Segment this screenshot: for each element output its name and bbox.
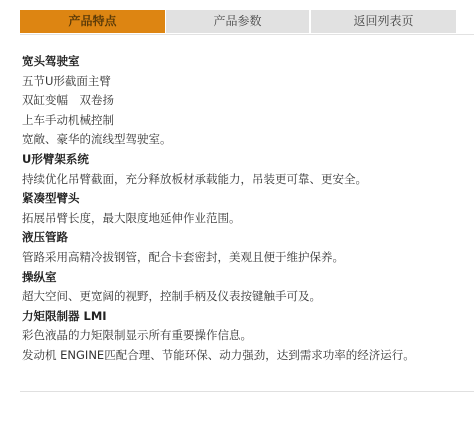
feature-text: 超大空间、更宽阔的视野，控制手柄及仪表按键触手可及。 [22,287,474,307]
feature-list: 宽头驾驶室 五节U形截面主臂 双缸变幅 双卷扬 上车手动机械控制 宽敞、豪华的流… [22,52,474,366]
section-heading: 宽头驾驶室 [22,52,474,72]
section-heading: U形臂架系统 [22,150,474,170]
feature-text: 彩色液晶的力矩限制显示所有重要操作信息。 [22,326,474,346]
feature-text: 宽敞、豪华的流线型驾驶室。 [22,130,474,150]
feature-text: 拓展吊臂长度，最大限度地延伸作业范围。 [22,209,474,229]
section-heading: 液压管路 [22,228,474,248]
feature-text: 五节U形截面主臂 [22,72,474,92]
section-heading: 紧凑型臂头 [22,189,474,209]
feature-text: 管路采用高精冷拔钢管，配合卡套密封，美观且便于维护保养。 [22,248,474,268]
feature-text: 上车手动机械控制 [22,111,474,131]
section-heading: 力矩限制器 LMI [22,307,474,327]
tab-product-features[interactable]: 产品特点 [20,10,165,33]
tab-bar: 产品特点 产品参数 返回列表页 [20,10,474,35]
feature-text: 持续优化吊臂截面，充分释放板材承载能力，吊装更可靠、更安全。 [22,170,474,190]
bottom-divider [20,391,474,392]
tab-back-to-list[interactable]: 返回列表页 [311,10,456,33]
feature-text: 发动机 ENGINE匹配合理、节能环保、动力强劲，达到需求功率的经济运行。 [22,346,474,366]
section-heading: 操纵室 [22,268,474,288]
tab-product-parameters[interactable]: 产品参数 [166,10,309,33]
feature-text: 双缸变幅 双卷扬 [22,91,474,111]
